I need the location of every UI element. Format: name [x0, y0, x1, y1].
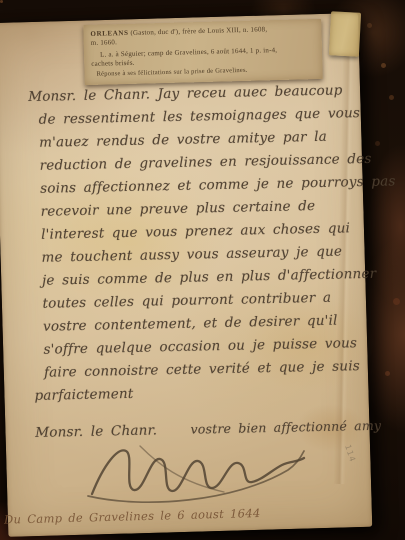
signature-gaston: Gaston — [82, 434, 318, 504]
letter-body: Monsr. le Chanr. Jay receu auec beaucoup… — [28, 79, 387, 445]
tape-fragment — [329, 11, 361, 57]
label-heading-name: ORLEANS — [90, 29, 128, 38]
catalog-label: ORLEANS (Gaston, duc d'), frère de Louis… — [83, 19, 322, 85]
label-note: Réponse à ses félicitations sur la prise… — [91, 65, 316, 79]
desk-speckles — [0, 0, 3, 3]
signature-flourish-icon — [82, 434, 318, 504]
